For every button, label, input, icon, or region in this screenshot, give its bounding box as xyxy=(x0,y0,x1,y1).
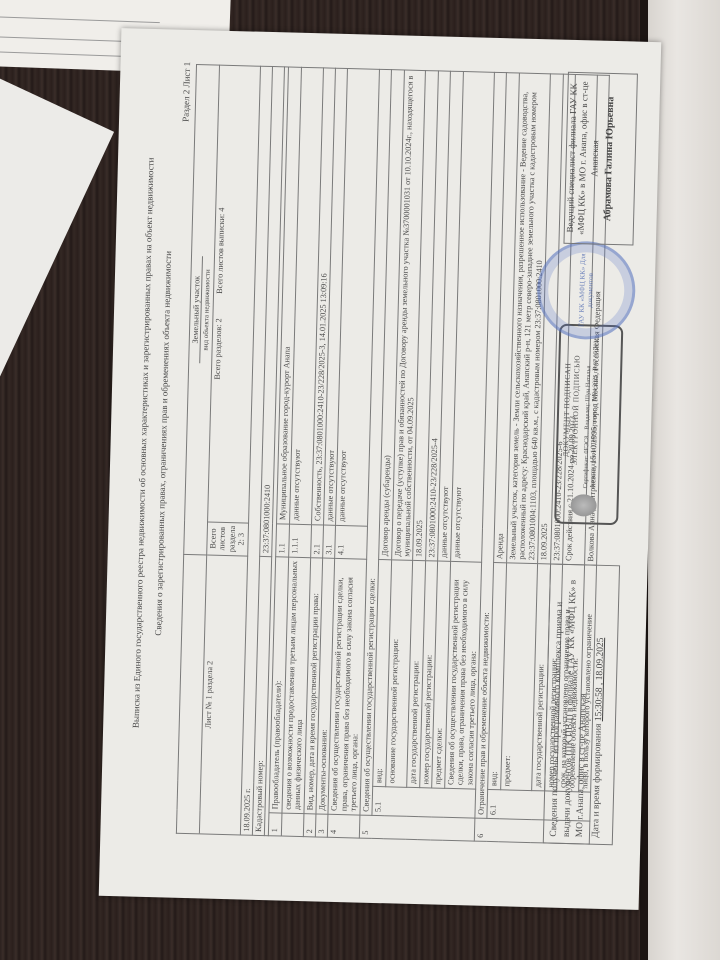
coat-of-arms-icon xyxy=(570,494,597,517)
footer-info-text: Сведения получены из программного компле… xyxy=(548,571,593,838)
signer-box: Ведущий специалист филиала ГАУ КК «МФЦ К… xyxy=(563,72,637,246)
floor-background xyxy=(648,0,720,960)
datetime-value: 15:30:58 , 18.09.2025 xyxy=(594,637,606,721)
esig-line2: ЭЛЕКТРОННОЙ ПОДПИСЬЮ xyxy=(570,332,583,488)
document-page: Выписка из Единого государственного реес… xyxy=(117,53,643,886)
electronic-signature-box: ДОКУМЕНТ ПОДПИСАН ЭЛЕКТРОННОЙ ПОДПИСЬЮ С… xyxy=(554,324,623,526)
datetime-label: Дата и время формирования xyxy=(591,723,604,837)
section-label: Раздел 2 Лист 1 xyxy=(181,62,193,122)
document-header: Выписка из Единого государственного реес… xyxy=(128,53,179,834)
sheets-total: Всего листов выписки: 4 xyxy=(215,207,226,293)
esig-details: Сертификат: 0FЭC8... Владелец: Шун Натал… xyxy=(582,332,600,488)
sections-total: Всего разделов: 2 xyxy=(213,318,224,379)
footer-info-box: Сведения получены из программного компле… xyxy=(543,563,620,845)
sheets-in-section: Всего листов раздела 2: 3 xyxy=(207,522,249,556)
signer-position: Ведущий специалист филиала ГАУ КК «МФЦ К… xyxy=(564,73,602,244)
object-type-caption: вид объекта недвижимости xyxy=(202,269,212,350)
extract-sheet: Выписка из Единого государственного реес… xyxy=(99,28,662,910)
signer-name: Абрамова Галина Юрьевна xyxy=(601,74,618,244)
